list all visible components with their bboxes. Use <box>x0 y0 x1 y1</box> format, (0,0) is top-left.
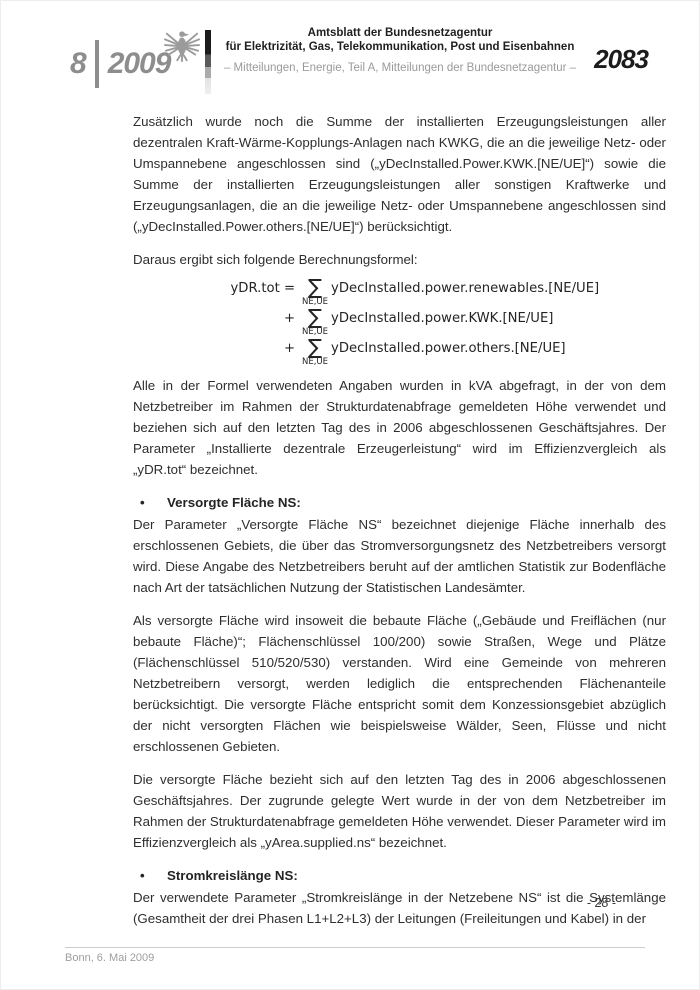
issue-divider <box>95 40 99 88</box>
formula-row: yDR.tot = ∑ NE,UE yDecInstalled.power.re… <box>213 277 666 306</box>
paragraph-formula-notes: Alle in der Formel verwendeten Angaben w… <box>133 375 666 480</box>
text-column: Zusätzlich wurde noch die Summe der inst… <box>133 111 666 941</box>
sigma-icon: ∑ <box>308 337 322 357</box>
formula-lead: Daraus ergibt sich folgende Berechnungsf… <box>133 249 666 270</box>
sum-subscript: NE,UE <box>302 358 328 366</box>
masthead-title-line2: für Elektrizität, Gas, Telekommunikation… <box>220 41 580 55</box>
logo-bar <box>205 30 211 94</box>
footer-rule <box>65 947 645 948</box>
federal-eagle-icon <box>163 28 201 69</box>
section-heading-label: Versorgte Fläche NS: <box>167 492 301 513</box>
section-heading-label: Stromkreislänge NS: <box>167 865 298 886</box>
gazette-page-code: 2083 <box>594 44 648 75</box>
issue-block: 8 2009 <box>70 40 170 88</box>
paragraph: Der Parameter „Versorgte Fläche NS“ beze… <box>133 514 666 598</box>
paragraph: Die versorgte Fläche bezieht sich auf de… <box>133 769 666 853</box>
sum-symbol: ∑ NE,UE <box>302 307 328 336</box>
masthead: Amtsblatt der Bundesnetzagentur für Elek… <box>220 27 580 74</box>
formula-term: yDecInstalled.power.renewables.[NE/UE] <box>331 277 599 296</box>
formula-lhs: yDR.tot = <box>213 277 295 296</box>
formula-row: + ∑ NE,UE yDecInstalled.power.KWK.[NE/UE… <box>213 307 666 336</box>
bullet-icon: • <box>140 492 167 513</box>
formula-term: yDecInstalled.power.others.[NE/UE] <box>331 337 566 356</box>
paragraph: Als versorgte Fläche wird insoweit die b… <box>133 610 666 757</box>
masthead-subtitle: – Mitteilungen, Energie, Teil A, Mitteil… <box>220 62 580 74</box>
sum-symbol: ∑ NE,UE <box>302 337 328 366</box>
formula-operator: + <box>213 307 295 326</box>
formula-term: yDecInstalled.power.KWK.[NE/UE] <box>331 307 553 326</box>
document-page: 8 2009 Amtsblatt der Bundesnetzagentur f… <box>0 0 700 990</box>
sum-symbol: ∑ NE,UE <box>302 277 328 306</box>
bullet-icon: • <box>140 865 167 886</box>
footer-place-date: Bonn, 6. Mai 2009 <box>65 952 154 964</box>
calculation-formula: yDR.tot = ∑ NE,UE yDecInstalled.power.re… <box>213 277 666 366</box>
sigma-icon: ∑ <box>308 307 322 327</box>
page-number: - 28 - <box>587 896 616 910</box>
issue-number: 8 <box>70 47 86 81</box>
masthead-title-line1: Amtsblatt der Bundesnetzagentur <box>220 27 580 41</box>
section-heading-stromkreislaenge: • Stromkreislänge NS: <box>133 865 666 886</box>
section-heading-versorgte-flaeche: • Versorgte Fläche NS: <box>133 492 666 513</box>
issue-year: 2009 <box>108 47 171 81</box>
paragraph-intro: Zusätzlich wurde noch die Summe der inst… <box>133 111 666 237</box>
formula-row: + ∑ NE,UE yDecInstalled.power.others.[NE… <box>213 337 666 366</box>
sigma-icon: ∑ <box>308 277 322 297</box>
formula-operator: + <box>213 337 295 356</box>
